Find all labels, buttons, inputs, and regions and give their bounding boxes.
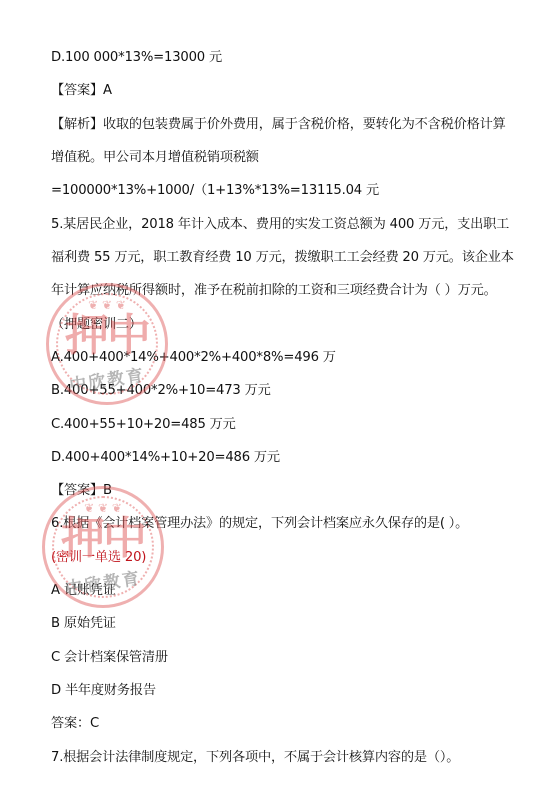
document-line: D 半年度财务报告: [51, 682, 156, 700]
document-line: D.400+400*14%+10+20=486 万元: [51, 449, 280, 467]
document-line: 答案：C: [51, 715, 99, 733]
stamp-wheat-icon: ❦ ❦ ❦: [45, 501, 161, 515]
document-line: 7.根据会计法律制度规定，下列各项中，不属于会计核算内容的是（）。: [51, 749, 459, 767]
document-line: （押题密训二）: [51, 316, 142, 334]
document-line: 【答案】B: [51, 482, 112, 500]
document-line: A 记账凭证: [51, 582, 116, 600]
document-line: 年计算应纳税所得额时，准予在税前扣除的工资和三项经费合计为（ ）万元。: [51, 282, 497, 300]
document-line: 福利费 55 万元，职工教育经费 10 万元，拨缴职工工会经费 20 万元。该企…: [51, 249, 514, 267]
document-line: C 会计档案保管清册: [51, 649, 168, 667]
document-line: 5.某居民企业，2018 年计入成本、费用的实发工资总额为 400 万元，支出职…: [51, 216, 509, 234]
document-line: A.400+400*14%+400*2%+400*8%=496 万: [51, 349, 336, 367]
source-tag-text: (密训一单选 20): [51, 549, 146, 567]
document-line: 增值税。甲公司本月增值税销项税额: [51, 149, 259, 167]
document-line: =100000*13%+1000/（1+13%*13%=13115.04 元: [51, 182, 379, 200]
document-line: B 原始凭证: [51, 615, 116, 633]
document-line: D.100 000*13%=13000 元: [51, 49, 222, 67]
document-line: C.400+55+10+20=485 万元: [51, 416, 236, 434]
document-line: 【解析】收取的包装费属于价外费用，属于含税价格，要转化为不含税价格计算: [51, 116, 506, 134]
document-page: D.100 000*13%=13000 元【答案】A【解析】收取的包装费属于价外…: [0, 0, 549, 798]
document-line: B.400+55+400*2%+10=473 万元: [51, 382, 271, 400]
document-line: 6.根据《会计档案管理办法》的规定，下列会计档案应永久保存的是( ）。: [51, 515, 468, 533]
stamp-dotted-ring: [56, 293, 158, 395]
stamp-wheat-icon: ❦ ❦ ❦: [49, 298, 165, 312]
document-line: 【答案】A: [51, 82, 112, 100]
